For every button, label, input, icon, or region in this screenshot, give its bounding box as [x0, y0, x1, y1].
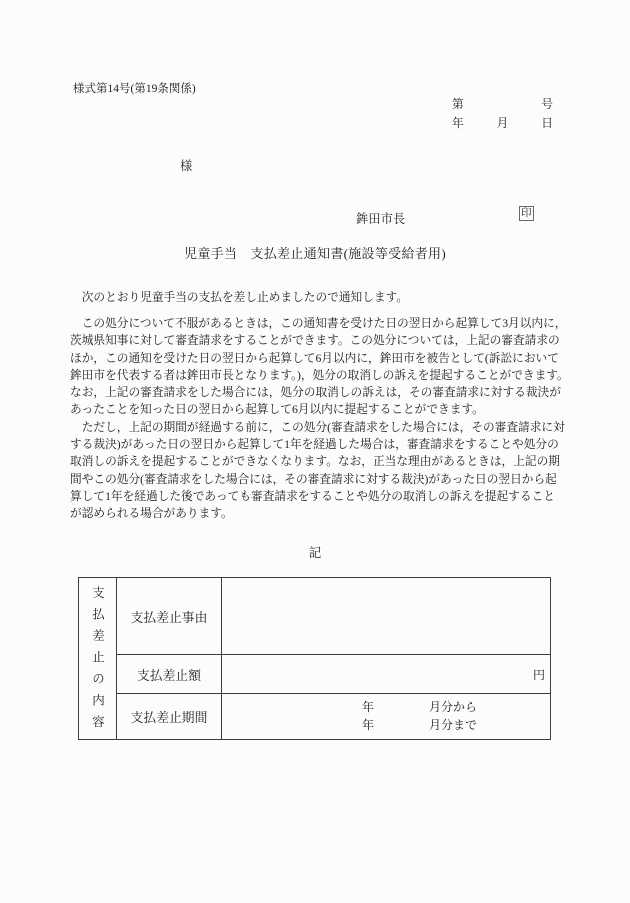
doc-number-line: 第 号	[452, 96, 553, 112]
body-line: する裁決)があった日の翌日から起算して1年を経過した場合は，審査請求をすることや…	[70, 436, 562, 453]
issuer-name: 鉾田市長	[356, 209, 405, 227]
ki-heading: 記	[0, 543, 630, 561]
body-line: この処分について不服があるときは，この通知書を受けた日の翌日から起算して3月以内…	[70, 315, 562, 332]
period-to-year-label: 年	[362, 718, 374, 732]
body-line: 茨城県知事に対して審査請求をすることができます。この処分については，上記の審査請…	[70, 332, 562, 349]
period-to-line: 年月分まで	[222, 717, 550, 735]
body-line: あったことを知った日の翌日から起算して6月以内に提起することができます。	[70, 401, 562, 418]
form-number: 様式第14号(第19条関係)	[73, 80, 196, 96]
period-from-month-label: 月分から	[429, 700, 477, 714]
body-line: なお，上記の審査請求をした場合には，処分の取消しの訴えは，その審査請求に対する裁…	[70, 384, 562, 401]
document-title: 児童手当 支払差止通知書(施設等受給者用)	[0, 243, 630, 262]
table-label-reason: 支払差止事由	[117, 578, 222, 655]
intro-line: 次のとおり児童手当の支払を差し止めましたので通知します。	[70, 289, 408, 305]
table-value-amount: 円	[222, 655, 550, 694]
body-line: ほか，この通知を受けた日の翌日から起算して6月以内に，鉾田市を被告として(訴訟に…	[70, 350, 562, 367]
body-line: 鉾田市を代表する者は鉾田市長となります。)，処分の取消しの訴えを提起することがで…	[70, 367, 562, 384]
table-label-amount: 支払差止額	[117, 655, 222, 694]
body-text: この処分について不服があるときは，この通知書を受けた日の翌日から起算して3月以内…	[70, 315, 562, 523]
body-line: 間やこの処分(審査請求をした場合には，その審査請求に対する裁決)があった日の翌日…	[70, 471, 562, 488]
body-line: が認められる場合があります。	[70, 505, 562, 522]
suspension-detail-table: 支払差止の内容 支払差止事由 支払差止額 円 支払差止期間 年月分から 年月分ま…	[78, 577, 551, 740]
table-value-reason	[222, 578, 550, 655]
body-line: 算して1年を経過した後であっても審査請求をすることや処分の取消しの訴えを提起する…	[70, 488, 562, 505]
period-from-year-label: 年	[362, 700, 374, 714]
doc-number-prefix: 第	[452, 96, 464, 112]
date-month-label: 月	[497, 115, 509, 131]
date-year-label: 年	[452, 115, 464, 131]
doc-number-suffix: 号	[541, 96, 553, 112]
document-page: 様式第14号(第19条関係) 第 号 年 月 日 様 鉾田市長 印 児童手当 支…	[0, 0, 630, 903]
period-from-line: 年月分から	[222, 699, 550, 717]
table-label-period: 支払差止期間	[117, 694, 222, 739]
seal-mark: 印	[519, 206, 534, 221]
date-line: 年 月 日	[452, 115, 553, 131]
date-day-label: 日	[541, 115, 553, 131]
table-value-period: 年月分から 年月分まで	[222, 694, 550, 739]
body-line: ただし，上記の期間が経過する前に，この処分(審査請求をした場合には，その審査請求…	[70, 419, 562, 436]
period-to-month-label: 月分まで	[429, 718, 477, 732]
addressee-honorific: 様	[180, 156, 192, 174]
yen-unit-label: 円	[533, 666, 545, 683]
table-side-label: 支払差止の内容	[79, 578, 117, 739]
body-line: 取消しの訴えを提起することができなくなります。なお，正当な理由があるときは，上記…	[70, 453, 562, 470]
